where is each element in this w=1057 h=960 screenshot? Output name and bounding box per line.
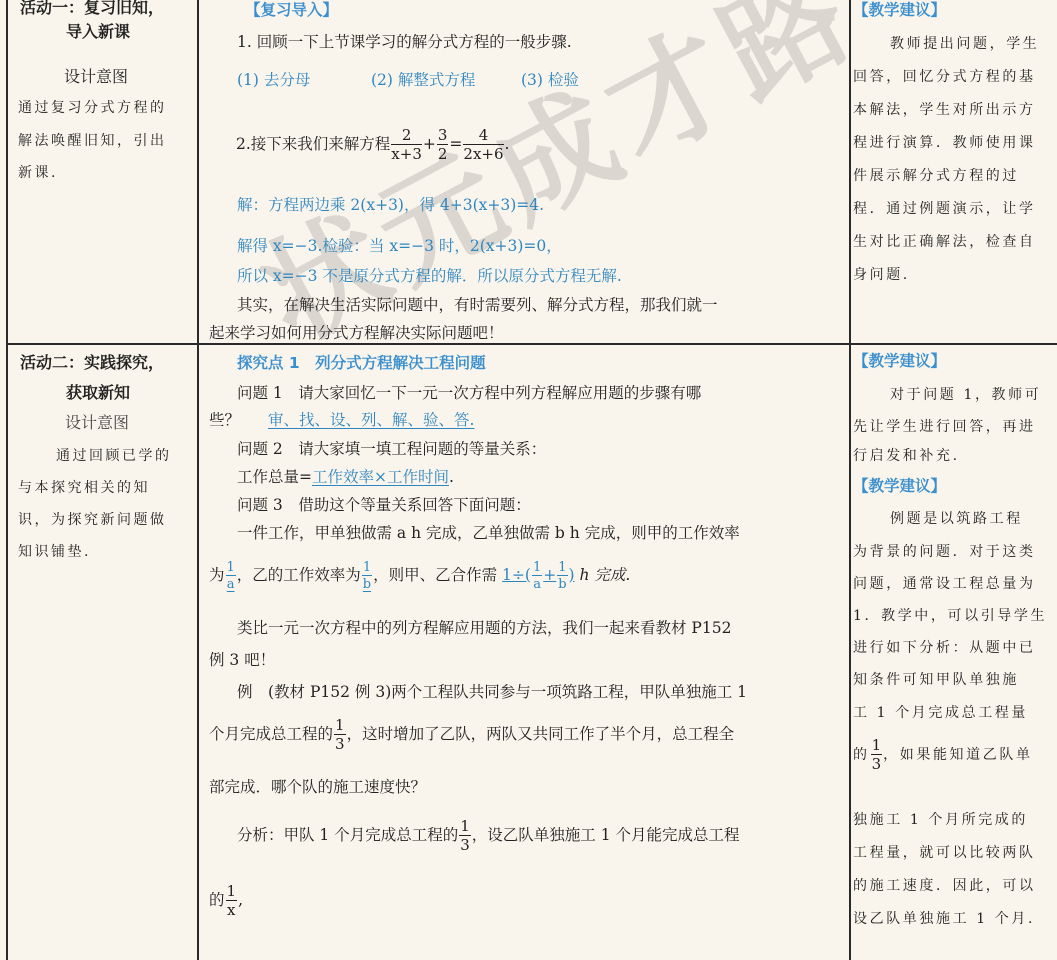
suggestion-line: 先让学生进行回答，再进 bbox=[853, 417, 1036, 437]
solution-line-2: 解得 x=−3.检验：当 x=−3 时，2(x+3)=0， bbox=[237, 236, 562, 256]
question-2: 问题 2 请大家填一填工程问题的等量关系： bbox=[237, 439, 546, 459]
example-line-3: 部完成．哪个队的施工速度快？ bbox=[209, 777, 426, 797]
fraction-1-over-3: 13 bbox=[334, 718, 346, 752]
question-3-line-1: 一件工作，甲单独做需 a h 完成，乙单独做需 b h 完成，则甲的工作效率 bbox=[237, 523, 740, 543]
teaching-suggestion-heading: 【教学建议】 bbox=[853, 0, 946, 20]
suggestion-line: 本解法，学生对所出示方 bbox=[853, 100, 1036, 120]
question-1-line-1: 问题 1 请大家回忆一下一元一次方程中列方程解应用题的步骤有哪 bbox=[237, 383, 701, 403]
review-question-2: 2.接下来我们来解方程2x+3+32=42x+6. bbox=[236, 122, 509, 166]
solution-line-1: 解：方程两边乘 2(x+3)，得 4+3(x+3)=4. bbox=[237, 195, 544, 215]
suggestion-line: 的施工速度．因此，可以 bbox=[853, 876, 1036, 896]
fraction: 32 bbox=[437, 128, 449, 162]
activity1-design-label: 设计意图 bbox=[64, 67, 128, 87]
fraction: 42x+6 bbox=[463, 128, 503, 162]
activity1-suggestion-cell: 【教学建议】 教师提出问题，学生 回答，回忆分式方程的基 本解法，学生对所出示方… bbox=[851, 0, 1057, 343]
question-1-line-2: 些？审、找、设、列、解、验、答. bbox=[209, 410, 474, 430]
suggestion-frac-line: 的13，如果能知道乙队单 bbox=[853, 735, 1033, 775]
suggestion-line: 生对比正确解法，检查自 bbox=[853, 232, 1036, 252]
analysis-line-1: 分析：甲队 1 个月完成总工程的13，设乙队单独施工 1 个月能完成总工程 bbox=[237, 815, 739, 855]
activity1-design-line: 新课. bbox=[18, 163, 58, 183]
suggestion-line: 例题是以筑路工程 bbox=[890, 509, 1023, 529]
fraction: 2x+3 bbox=[391, 128, 422, 162]
activity1-design-line: 通过复习分式方程的 bbox=[18, 98, 167, 118]
review-step-3: (3) 检验 bbox=[521, 70, 579, 90]
activity2-title-line1: 活动二：实践探究， bbox=[20, 353, 164, 373]
activity2-design-line: 与本探究相关的知 bbox=[18, 478, 150, 498]
question-2-text: 2.接下来我们来解方程 bbox=[236, 135, 390, 153]
analogy-line-2: 例 3 吧！ bbox=[209, 650, 275, 670]
answer-combined-time: 1÷(1a+1b) bbox=[502, 566, 575, 584]
fraction-1-over-3: 13 bbox=[871, 738, 883, 772]
fraction-1-over-x: 1x bbox=[226, 884, 238, 918]
teaching-suggestion-heading: 【教学建议】 bbox=[853, 476, 946, 496]
review-question-1: 1. 回顾一下上节课学习的解分式方程的一般步骤. bbox=[237, 32, 572, 52]
teaching-suggestion-heading: 【教学建议】 bbox=[853, 351, 946, 371]
solution-line-3: 所以 x=−3 不是原分式方程的解．所以原分式方程无解. bbox=[237, 266, 622, 286]
suggestion-line: 回答，回忆分式方程的基 bbox=[853, 67, 1036, 87]
suggestion-line: 工程量，就可以比较两队 bbox=[853, 843, 1036, 863]
activity1-main-cell: 【复习导入】 1. 回顾一下上节课学习的解分式方程的一般步骤. (1) 去分母 … bbox=[199, 0, 849, 343]
activity2-main-cell: 探究点 1 列分式方程解决工程问题 问题 1 请大家回忆一下一元一次方程中列方程… bbox=[199, 345, 849, 960]
suggestion-line: 程进行演算．教师使用课 bbox=[853, 133, 1036, 153]
answer-steps: 审、找、设、列、解、验、答. bbox=[268, 411, 474, 429]
activity2-design-label: 设计意图 bbox=[65, 413, 129, 433]
activity2-design-line: 知识铺垫. bbox=[18, 542, 91, 562]
suggestion-line: 知条件可知甲队单独施 bbox=[853, 670, 1019, 690]
activity2-title-line2: 获取新知 bbox=[66, 383, 130, 403]
suggestion-line: 问题，通常设工程总量为 bbox=[853, 574, 1036, 594]
suggestion-line: 件展示解分式方程的过 bbox=[853, 166, 1019, 186]
suggestion-line: 程．通过例题演示，让学 bbox=[853, 199, 1036, 219]
activity1-design-line: 解法唤醒旧知，引出 bbox=[18, 131, 167, 151]
activity2-label-cell: 活动二：实践探究， 获取新知 设计意图 通过回顾已学的 与本探究相关的知 识，为… bbox=[8, 345, 197, 960]
transition-line-1: 其实，在解决生活实际问题中，有时需要列、解分式方程，那我们就一 bbox=[237, 295, 718, 315]
suggestion-line: 进行如下分析：从题中已 bbox=[853, 638, 1036, 658]
transition-line-2: 起来学习如何用分式方程解决实际问题吧！ bbox=[209, 323, 504, 343]
analysis-line-2: 的1x, bbox=[209, 880, 243, 920]
suggestion-line: 独施工 1 个月所完成的 bbox=[853, 810, 1028, 830]
activity1-label-cell: 活动一：复习旧知， 导入新课 设计意图 通过复习分式方程的 解法唤醒旧知，引出 … bbox=[8, 0, 197, 343]
answer-work-relation: 工作效率×工作时间 bbox=[312, 468, 449, 486]
suggestion-line: 1．教学中，可以引导学生 bbox=[853, 606, 1047, 626]
fraction-1-over-b: 1b bbox=[362, 561, 372, 591]
question-3-line-2: 为1a，乙的工作效率为1b，则甲、乙合作需 1÷(1a+1b) h 完成. bbox=[209, 555, 630, 595]
review-step-2: (2) 解整式方程 bbox=[371, 70, 475, 90]
suggestion-line: 工 1 个月完成总工程量 bbox=[853, 703, 1028, 723]
section-heading-explore: 探究点 1 列分式方程解决工程问题 bbox=[237, 353, 486, 373]
lesson-plan-page: 状元成才路 活动一：复习旧知， 导入新课 设计意图 通过复习分式方程的 解法唤醒… bbox=[0, 0, 1057, 960]
activity2-design-line: 识，为探究新问题做 bbox=[18, 510, 167, 530]
activity1-title-line1: 活动一：复习旧知， bbox=[20, 0, 164, 18]
suggestion-line: 设乙队单独施工 1 个月. bbox=[853, 909, 1035, 929]
suggestion-line: 行启发和补充. bbox=[853, 446, 960, 466]
activity2-design-line: 通过回顾已学的 bbox=[56, 446, 172, 466]
suggestion-line: 为背景的问题．对于这类 bbox=[853, 542, 1036, 562]
analogy-line-1: 类比一元一次方程中的列方程解应用题的方法，我们一起来看教材 P152 bbox=[237, 618, 731, 638]
suggestion-line: 对于问题 1，教师可 bbox=[890, 385, 1041, 405]
activity2-suggestion-cell: 【教学建议】 对于问题 1，教师可 先让学生进行回答，再进 行启发和补充. 【教… bbox=[851, 345, 1057, 960]
section-heading-review: 【复习导入】 bbox=[245, 0, 338, 20]
question-3: 问题 3 借助这个等量关系回答下面问题： bbox=[237, 495, 531, 515]
fraction-1-over-3: 13 bbox=[459, 819, 471, 853]
activity1-title-line2: 导入新课 bbox=[66, 22, 130, 42]
review-step-1: (1) 去分母 bbox=[237, 70, 310, 90]
example-line-2: 个月完成总工程的13，这时增加了乙队，两队又共同工作了半个月，总工程全 bbox=[209, 714, 734, 754]
suggestion-line: 身问题. bbox=[853, 265, 910, 285]
example-line-1: 例 (教材 P152 例 3)两个工程队共同参与一项筑路工程，甲队单独施工 1 bbox=[237, 682, 747, 702]
fraction-1-over-a: 1a bbox=[226, 561, 236, 591]
question-2-equation: 工作总量=工作效率×工作时间. bbox=[237, 467, 454, 487]
suggestion-line: 教师提出问题，学生 bbox=[890, 34, 1039, 54]
